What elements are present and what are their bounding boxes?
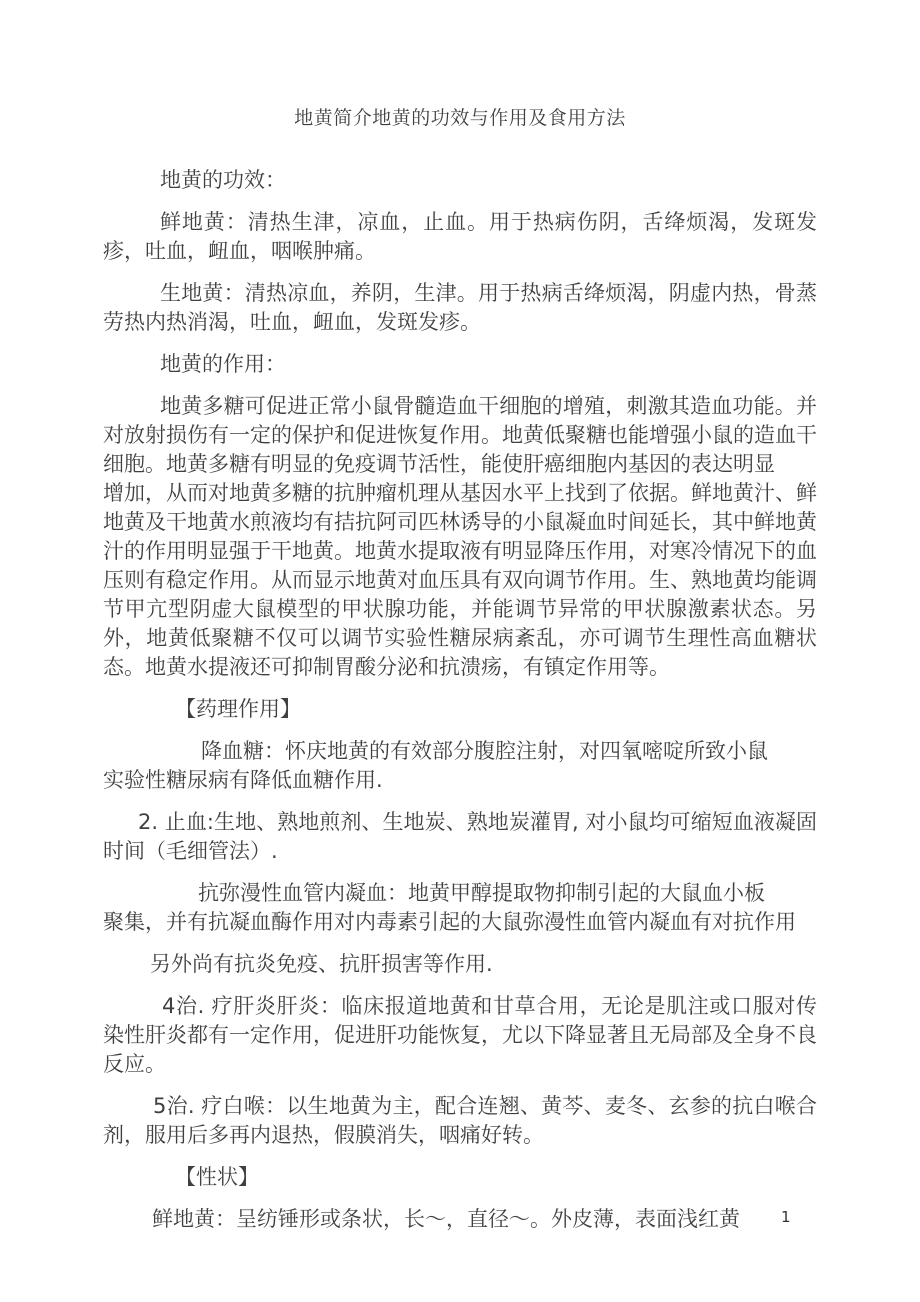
paragraph-zuoyong-body: 地黄多糖可促进正常小鼠骨髓造血干细胞的增殖，刺激其造血功能。并对放射损伤有一定的… <box>103 392 817 682</box>
paragraph-ling-wai: 另外尚有抗炎免疫、抗肝损害等作用. <box>103 950 817 979</box>
paragraph-liao-bai-hou: 5治. 疗白喉：以生地黄为主，配合连翘、黄芩、麦冬、玄参的抗白喉合剂，服用后多再… <box>103 1092 817 1150</box>
document-page: 地黄简介地黄的功效与作用及食用方法 地黄的功效： 鲜地黄：清热生津，凉血，止血。… <box>0 0 920 1302</box>
paragraph-gongxiao-heading: 地黄的功效： <box>103 166 817 195</box>
document-title: 地黄简介地黄的功效与作用及食用方法 <box>103 104 817 133</box>
paragraph-liao-gan-yan: 4治. 疗肝炎肝炎：临床报道地黄和甘草合用，无论是肌注或口服对传染性肝炎都有一定… <box>103 992 817 1079</box>
paragraph-sheng-di-huang: 生地黄：清热凉血，养阴，生津。用于热病舌绛烦渴，阴虚内热，骨蒸劳热内热消渴，吐血… <box>103 279 817 337</box>
paragraph-xian-di-huang: 鲜地黄：清热生津，凉血，止血。用于热病伤阴，舌绛烦渴，发斑发疹，吐血，衄血，咽喉… <box>103 208 817 266</box>
paragraph-zhi-xue: 2. 止血:生地、熟地煎剂、生地炭、熟地炭灌胃, 对小鼠均可缩短血液凝固时间（毛… <box>103 808 817 866</box>
paragraph-kang-ning-xue: 抗弥漫性血管内凝血：地黄甲醇提取物抑制引起的大鼠血小板 聚集，并有抗凝血酶作用对… <box>103 879 817 937</box>
page-number: 1 <box>781 1206 791 1228</box>
paragraph-yaoli-heading: 【药理作用】 <box>103 695 817 724</box>
paragraph-xingzhuang-heading: 【性状】 <box>103 1163 817 1192</box>
paragraph-xingzhuang-body: 鲜地黄：呈纺锤形或条状，长～，直径～。外皮薄，表面浅红黄 <box>103 1205 817 1234</box>
document-content: 地黄简介地黄的功效与作用及食用方法 地黄的功效： 鲜地黄：清热生津，凉血，止血。… <box>103 104 817 1247</box>
paragraph-zuoyong-heading: 地黄的作用： <box>103 350 817 379</box>
paragraph-jiang-xue-tang: 降血糖：怀庆地黄的有效部分腹腔注射，对四氧嘧啶所致小鼠 实验性糖尿病有降低血糖作… <box>103 737 817 795</box>
